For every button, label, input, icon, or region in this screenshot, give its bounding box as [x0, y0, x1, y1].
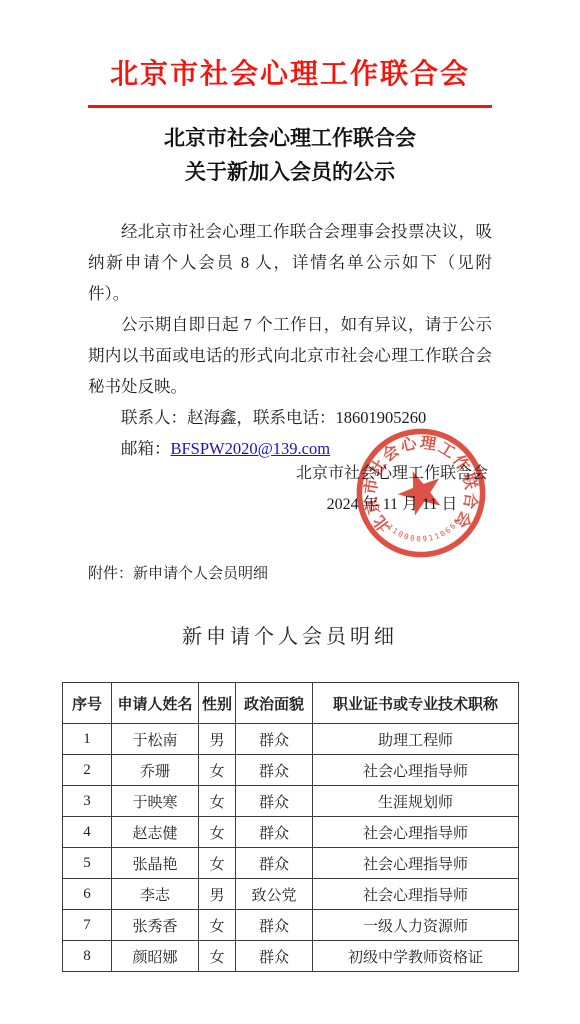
cell-credential: 生涯规划师	[313, 786, 519, 817]
cell-gender: 女	[199, 941, 236, 972]
cell-name: 于映寒	[112, 786, 199, 817]
cell-politics: 致公党	[236, 879, 313, 910]
cell-gender: 男	[199, 879, 236, 910]
cell-name: 颜昭娜	[112, 941, 199, 972]
cell-credential: 社会心理指导师	[313, 755, 519, 786]
cell-politics: 群众	[236, 848, 313, 879]
cell-gender: 女	[199, 910, 236, 941]
cell-politics: 群众	[236, 786, 313, 817]
doc-title: 北京市社会心理工作联合会 关于新加入会员的公示	[0, 122, 580, 190]
cell-seq: 4	[63, 817, 112, 848]
cell-gender: 女	[199, 786, 236, 817]
header-seq: 序号	[63, 683, 112, 724]
cell-politics: 群众	[236, 910, 313, 941]
paragraph-resolution: 经北京市社会心理工作联合会理事会投票决议，吸纳新申请个人会员 8 人，详情名单公…	[88, 216, 492, 309]
document-page: 北京市社会心理工作联合会 北京市社会心理工作联合会 关于新加入会员的公示 经北京…	[0, 0, 580, 1024]
cell-name: 于松南	[112, 724, 199, 755]
email-label: 邮箱：	[121, 439, 171, 458]
email-link[interactable]: BFSPW2020@139.com	[171, 439, 331, 458]
doc-title-line1: 北京市社会心理工作联合会	[0, 122, 580, 156]
cell-politics: 群众	[236, 755, 313, 786]
table-row: 5 张晶艳 女 群众 社会心理指导师	[63, 848, 519, 879]
cell-politics: 群众	[236, 817, 313, 848]
attachment-note: 附件：新申请个人会员明细	[88, 562, 268, 583]
header-gender: 性别	[199, 683, 236, 724]
cell-gender: 男	[199, 724, 236, 755]
table-row: 6 李志 男 致公党 社会心理指导师	[63, 879, 519, 910]
table-row: 8 颜昭娜 女 群众 初级中学教师资格证	[63, 941, 519, 972]
header-politics: 政治面貌	[236, 683, 313, 724]
signature-block: 北京市社会心理工作联合会 2024 年 11 月 11 日	[292, 458, 492, 520]
member-table: 序号 申请人姓名 性别 政治面貌 职业证书或专业技术职称 1 于松南 男 群众 …	[62, 682, 519, 972]
table-row: 1 于松南 男 群众 助理工程师	[63, 724, 519, 755]
signature-org: 北京市社会心理工作联合会	[292, 458, 492, 489]
doc-title-line2: 关于新加入会员的公示	[0, 156, 580, 190]
cell-name: 赵志健	[112, 817, 199, 848]
letterhead-title: 北京市社会心理工作联合会	[0, 52, 580, 92]
cell-politics: 群众	[236, 724, 313, 755]
cell-seq: 3	[63, 786, 112, 817]
contact-line: 联系人：赵海鑫，联系电话：18601905260	[88, 402, 492, 433]
cell-seq: 6	[63, 879, 112, 910]
cell-gender: 女	[199, 848, 236, 879]
header-credential: 职业证书或专业技术职称	[313, 683, 519, 724]
letterhead-rule	[88, 105, 492, 108]
body-text: 经北京市社会心理工作联合会理事会投票决议，吸纳新申请个人会员 8 人，详情名单公…	[88, 216, 492, 464]
cell-gender: 女	[199, 817, 236, 848]
cell-credential: 助理工程师	[313, 724, 519, 755]
header-name: 申请人姓名	[112, 683, 199, 724]
table-row: 3 于映寒 女 群众 生涯规划师	[63, 786, 519, 817]
cell-credential: 初级中学教师资格证	[313, 941, 519, 972]
cell-name: 乔珊	[112, 755, 199, 786]
table-row: 2 乔珊 女 群众 社会心理指导师	[63, 755, 519, 786]
cell-seq: 8	[63, 941, 112, 972]
cell-credential: 一级人力资源师	[313, 910, 519, 941]
cell-name: 张秀香	[112, 910, 199, 941]
cell-name: 李志	[112, 879, 199, 910]
cell-politics: 群众	[236, 941, 313, 972]
paragraph-publicity-period: 公示期自即日起 7 个工作日，如有异议，请于公示期内以书面或电话的形式向北京市社…	[88, 309, 492, 402]
cell-credential: 社会心理指导师	[313, 879, 519, 910]
table-row: 7 张秀香 女 群众 一级人力资源师	[63, 910, 519, 941]
cell-seq: 5	[63, 848, 112, 879]
table-title: 新申请个人会员明细	[0, 620, 580, 649]
signature-date: 2024 年 11 月 11 日	[292, 489, 492, 520]
cell-credential: 社会心理指导师	[313, 817, 519, 848]
cell-credential: 社会心理指导师	[313, 848, 519, 879]
cell-seq: 1	[63, 724, 112, 755]
cell-seq: 7	[63, 910, 112, 941]
table-row: 4 赵志健 女 群众 社会心理指导师	[63, 817, 519, 848]
cell-name: 张晶艳	[112, 848, 199, 879]
cell-seq: 2	[63, 755, 112, 786]
cell-gender: 女	[199, 755, 236, 786]
table-header-row: 序号 申请人姓名 性别 政治面貌 职业证书或专业技术职称	[63, 683, 519, 724]
